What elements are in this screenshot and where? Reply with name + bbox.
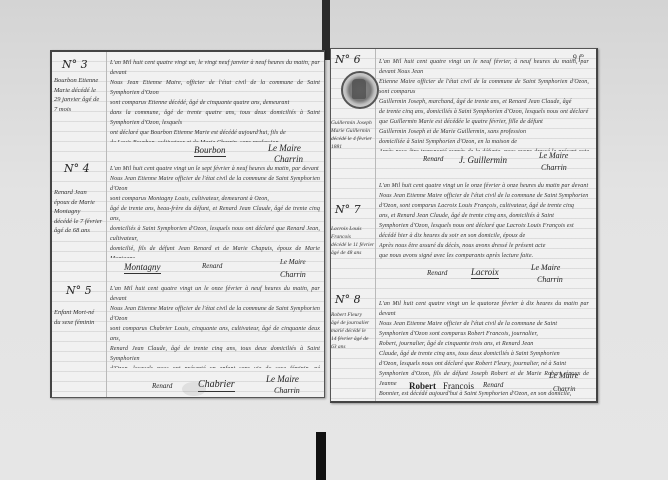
signature: J. Guillermin bbox=[459, 155, 507, 165]
entry-body: L'an Mil huit cent quatre vingt un le on… bbox=[110, 284, 320, 368]
signature-mayor-title: Le Maire bbox=[539, 151, 568, 160]
signature-mayor: Charrin bbox=[274, 386, 300, 395]
signature-mayor: Charrin bbox=[553, 385, 576, 393]
entry-number: N° 4 bbox=[64, 162, 90, 175]
entry-margin-note: Robert Fleury âgé de journalier marié dé… bbox=[331, 311, 375, 351]
entry-margin-note: Enfant Mort-né du sexe féminin bbox=[54, 308, 106, 327]
signature-mayor: Charrin bbox=[280, 270, 306, 279]
signature: Renard bbox=[202, 262, 222, 270]
entry-body: L'an Mil huit cent quatre vingt un le ne… bbox=[379, 57, 589, 151]
signature-mayor-title: Le Maire bbox=[280, 258, 306, 266]
signature: Robert bbox=[409, 381, 436, 391]
signature-mayor-title: Le Maire bbox=[549, 371, 578, 380]
left-page: N° 3 Bourbon Etienne Marie décédé le 29 … bbox=[50, 50, 325, 398]
entry-margin-note: Renard Jean époux de Marie Montagny décé… bbox=[54, 188, 106, 236]
signature: Montagny bbox=[124, 262, 161, 274]
entry-margin-note: Lacroix Louis Francois décédé le 11 févr… bbox=[331, 225, 375, 257]
signature: Renard bbox=[423, 155, 443, 163]
signature: Francois bbox=[443, 381, 474, 391]
margin-rule bbox=[375, 49, 376, 401]
signature: Renard bbox=[152, 382, 172, 390]
binding-gutter-bottom bbox=[316, 432, 326, 480]
entry-number: N° 5 bbox=[66, 284, 92, 297]
signature-mayor-title: Le Maire bbox=[266, 374, 299, 384]
entry-margin-note: Bourbon Etienne Marie décédé le 29 janvi… bbox=[54, 76, 106, 114]
signature-mayor: Charrin bbox=[274, 154, 303, 164]
entry-number: N° 8 bbox=[335, 293, 361, 306]
entry-body: L'an Mil huit cent quatre vingt un le on… bbox=[379, 181, 589, 265]
signature-mayor-title: Le Maire bbox=[268, 143, 301, 153]
signature-mayor-title: Le Maire bbox=[531, 263, 560, 272]
right-page: 9 f° N° 6 Guillermin Joseph Marie Guille… bbox=[330, 48, 598, 403]
entry-body: L'an Mil huit cent quatre vingt un, le v… bbox=[110, 58, 320, 142]
signature: Renard bbox=[427, 269, 447, 277]
signature-mayor: Charrin bbox=[541, 163, 567, 172]
signature: Renard bbox=[483, 381, 503, 389]
signature: Bourbon bbox=[194, 145, 226, 157]
entry-number: N° 6 bbox=[335, 53, 361, 66]
entry-number: N° 3 bbox=[62, 58, 88, 71]
signature: Lacroix bbox=[471, 267, 499, 279]
signature-mayor: Charrin bbox=[537, 275, 563, 284]
entry-number: N° 7 bbox=[335, 203, 361, 216]
margin-rule bbox=[106, 52, 107, 397]
official-seal-icon bbox=[341, 71, 379, 109]
entry-margin-note: Guillermin Joseph Marie Guillermin décéd… bbox=[331, 119, 375, 151]
paper-stain bbox=[182, 382, 206, 396]
entry-body: L'an Mil huit cent quatre vingt un le se… bbox=[110, 164, 320, 258]
